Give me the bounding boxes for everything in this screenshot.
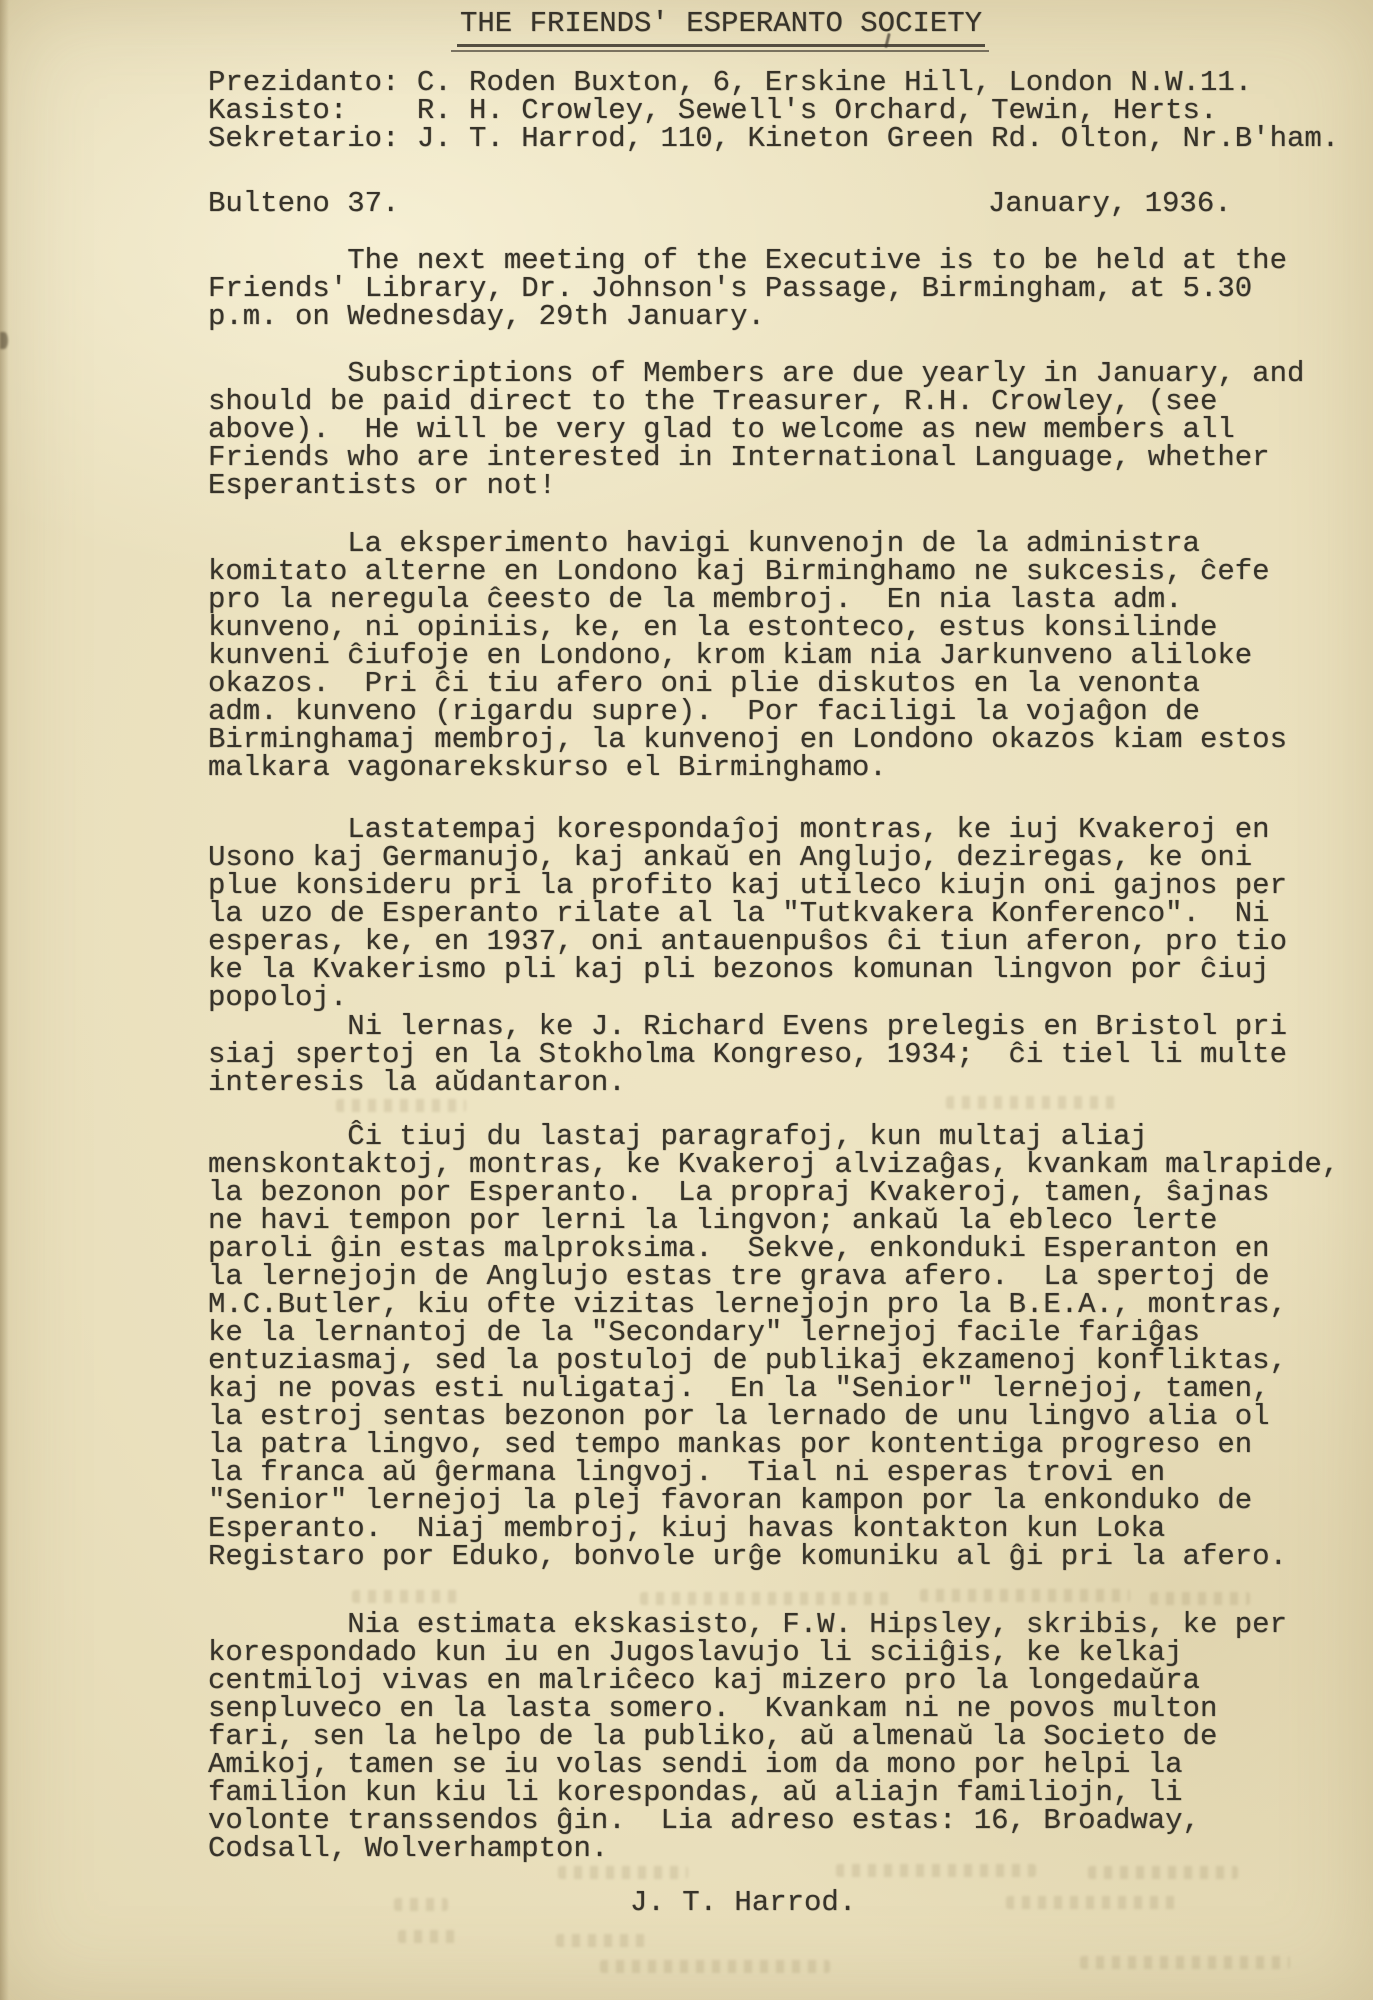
scanned-typewritten-letter: THE FRIENDS' ESPERANTO SOCIETY Prezidant… xyxy=(0,0,1373,2000)
page-edge-shadow xyxy=(0,0,9,2000)
bleed-through-mark xyxy=(640,1592,890,1605)
bleed-through-mark xyxy=(1150,1592,1250,1605)
bleed-through-mark xyxy=(558,1866,688,1879)
bleed-through-mark xyxy=(946,1096,1116,1109)
paragraph-committee-meetings: La eksperimento havigi kunvenojn de la a… xyxy=(208,530,1287,782)
title-underline-second xyxy=(451,50,989,52)
paragraph-schools: Ĉi tiuj du lastaj paragrafoj, kun multaj… xyxy=(208,1123,1339,1571)
bleed-through-mark xyxy=(1006,1896,1176,1909)
title-underline xyxy=(457,44,985,47)
bleed-through-mark xyxy=(1088,1866,1238,1879)
paragraph-subscriptions: Subscriptions of Members are due yearly … xyxy=(208,360,1304,500)
bleed-through-mark xyxy=(394,1898,448,1911)
bleed-through-mark xyxy=(920,1589,1130,1602)
bleed-through-mark xyxy=(398,1930,458,1943)
bleed-through-mark xyxy=(336,1099,466,1112)
officers-block: Prezidanto: C. Roden Buxton, 6, Erskine … xyxy=(208,69,1339,153)
paragraph-yugoslavia-appeal: Nia estimata ekskasisto, F.W. Hipsley, s… xyxy=(208,1611,1287,1863)
page-title: THE FRIENDS' ESPERANTO SOCIETY xyxy=(460,10,982,38)
issue-date: January, 1936. xyxy=(988,190,1232,218)
bleed-through-mark xyxy=(600,1960,830,1973)
bulletin-number: Bulteno 37. xyxy=(208,190,399,218)
paper-edge-mark xyxy=(0,332,8,349)
bleed-through-mark xyxy=(1080,1956,1290,1969)
bleed-through-mark xyxy=(836,1864,1036,1877)
signature: J. T. Harrod. xyxy=(630,1889,856,1917)
paragraph-meeting-notice: The next meeting of the Executive is to … xyxy=(208,247,1287,331)
paragraph-correspondence: Lastatempaj korespondaĵoj montras, ke iu… xyxy=(208,816,1287,1012)
bleed-through-mark xyxy=(556,1934,646,1947)
bleed-through-mark xyxy=(352,1590,462,1603)
paragraph-bristol-lecture: Ni lernas, ke J. Richard Evens prelegis … xyxy=(208,1013,1287,1097)
